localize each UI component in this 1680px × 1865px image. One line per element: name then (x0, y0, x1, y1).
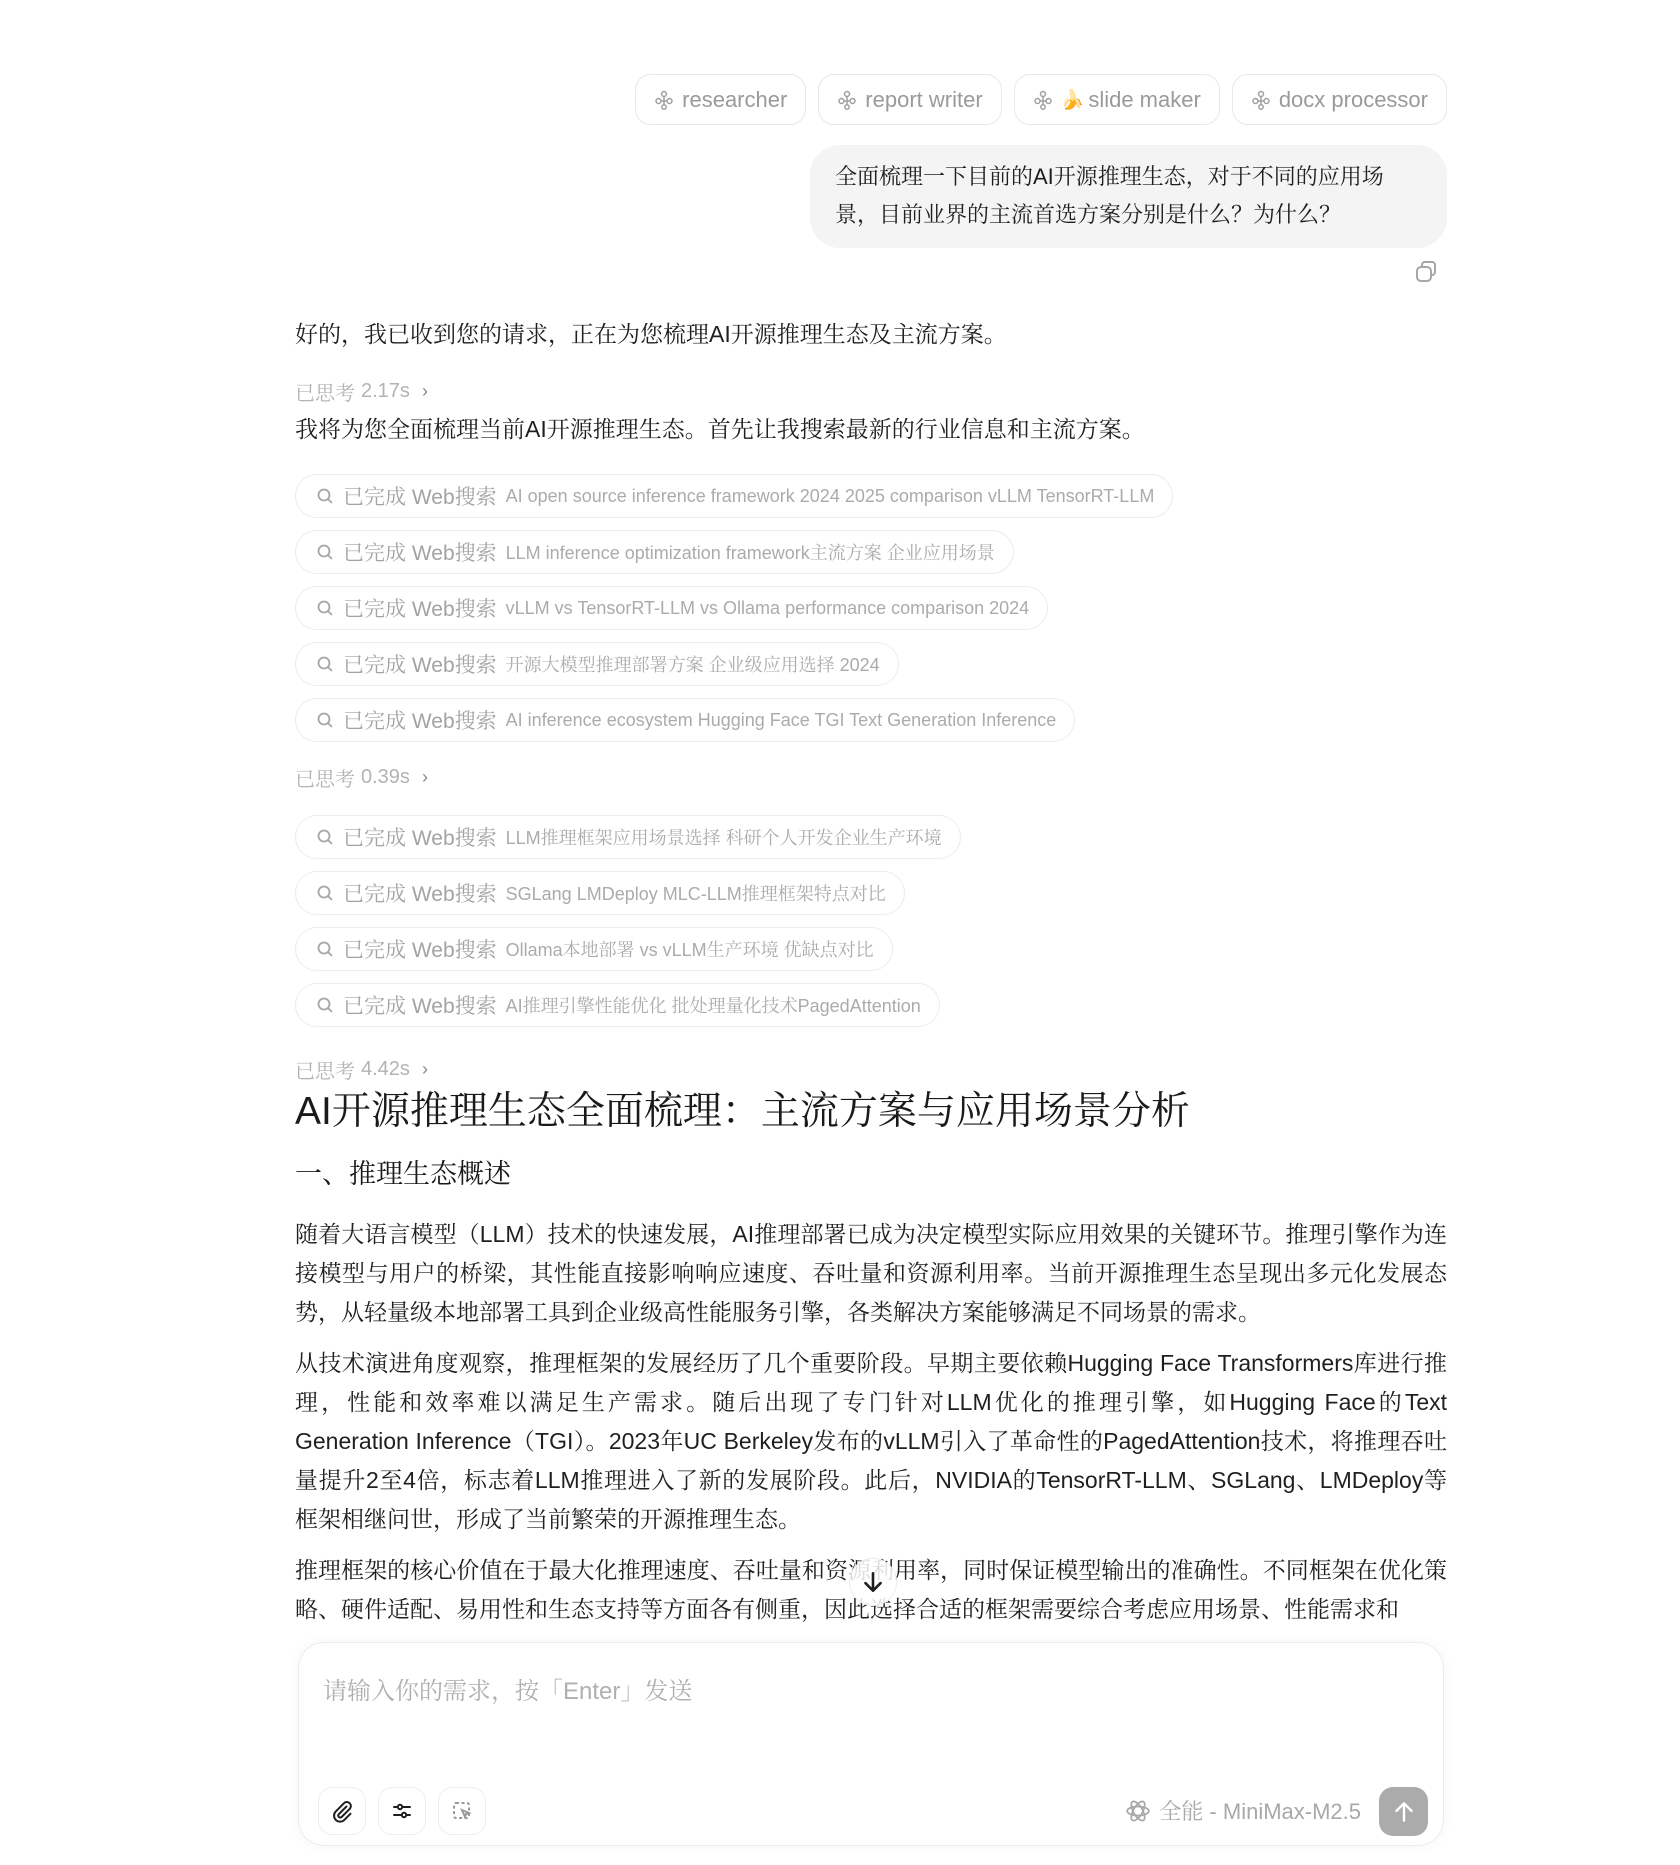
assistant-plan-text: 我将为您全面梳理当前AI开源推理生态。首先让我搜索最新的行业信息和主流方案。 (295, 412, 1145, 446)
composer-toolbar (318, 1787, 486, 1835)
search-icon (316, 940, 334, 958)
settings-button[interactable] (378, 1787, 426, 1835)
workflow-icon (837, 90, 857, 110)
thought-toggle-1[interactable]: 已思考 2.17s › (295, 377, 428, 406)
search-result-pill[interactable]: 已完成 Web搜索 AI inference ecosystem Hugging… (295, 698, 1075, 742)
search-list-2: 已完成 Web搜索 LLM推理框架应用场景选择 科研个人开发企业生产环境 已完成… (295, 815, 961, 1027)
search-result-pill[interactable]: 已完成 Web搜索 LLM inference optimization fra… (295, 530, 1014, 574)
search-result-pill[interactable]: 已完成 Web搜索 SGLang LMDeploy MLC-LLM推理框架特点对… (295, 871, 905, 915)
thought-label: 已思考 (295, 763, 355, 792)
model-label: 全能 - MiniMax-M2.5 (1159, 1795, 1361, 1826)
select-area-button[interactable] (438, 1787, 486, 1835)
thought-time: 2.17s (361, 380, 410, 403)
search-icon (316, 543, 334, 561)
banana-icon: 🍌 (1061, 88, 1085, 112)
search-status: 已完成 Web搜索 (343, 934, 497, 964)
arrow-up-icon (1391, 1799, 1417, 1825)
search-query: AI推理引擎性能优化 批处理量化技术PagedAttention (506, 992, 921, 1018)
report-paragraph: 随着大语言模型（LLM）技术的快速发展，AI推理部署已成为决定模型实际应用效果的… (295, 1215, 1447, 1332)
thought-time: 4.42s (361, 1058, 410, 1081)
paperclip-icon (330, 1799, 354, 1823)
attach-button[interactable] (318, 1787, 366, 1835)
report-title: AI开源推理生态全面梳理：主流方案与应用场景分析 (295, 1088, 1190, 1136)
thought-toggle-2[interactable]: 已思考 0.39s › (295, 763, 428, 792)
search-result-pill[interactable]: 已完成 Web搜索 AI open source inference frame… (295, 474, 1173, 518)
workflow-icon (1251, 90, 1271, 110)
search-status: 已完成 Web搜索 (343, 878, 497, 908)
search-status: 已完成 Web搜索 (343, 593, 497, 623)
copy-icon (1413, 258, 1441, 286)
atom-icon (1125, 1798, 1151, 1824)
search-result-pill[interactable]: 已完成 Web搜索 vLLM vs TensorRT-LLM vs Ollama… (295, 586, 1048, 630)
search-status: 已完成 Web搜索 (343, 990, 497, 1020)
search-list-1: 已完成 Web搜索 AI open source inference frame… (295, 474, 1173, 742)
agent-pill-researcher[interactable]: researcher (635, 74, 806, 125)
search-status: 已完成 Web搜索 (343, 705, 497, 735)
search-query: Ollama本地部署 vs vLLM生产环境 优缺点对比 (506, 936, 874, 962)
report-paragraph: 从技术演进角度观察，推理框架的发展经历了几个重要阶段。早期主要依赖Hugging… (295, 1344, 1447, 1539)
chevron-right-icon: › (422, 767, 428, 788)
search-icon (316, 828, 334, 846)
search-icon (316, 996, 334, 1014)
search-result-pill[interactable]: 已完成 Web搜索 Ollama本地部署 vs vLLM生产环境 优缺点对比 (295, 927, 893, 971)
search-query: SGLang LMDeploy MLC-LLM推理框架特点对比 (506, 880, 886, 906)
search-query: AI inference ecosystem Hugging Face TGI … (506, 710, 1057, 731)
search-result-pill[interactable]: 已完成 Web搜索 AI推理引擎性能优化 批处理量化技术PagedAttenti… (295, 983, 940, 1027)
chevron-right-icon: › (422, 1059, 428, 1080)
thought-label: 已思考 (295, 1055, 355, 1084)
message-input[interactable] (323, 1671, 1413, 1771)
agent-pill-label: docx processor (1279, 87, 1428, 113)
search-icon (316, 487, 334, 505)
workflow-icon (1033, 90, 1053, 110)
agent-pill-docx-processor[interactable]: docx processor (1232, 74, 1447, 125)
search-query: vLLM vs TensorRT-LLM vs Ollama performan… (506, 598, 1030, 619)
thought-time: 0.39s (361, 766, 410, 789)
agent-pill-report-writer[interactable]: report writer (818, 74, 1001, 125)
agent-pill-slide-maker[interactable]: 🍌 slide maker (1014, 74, 1220, 125)
selection-cursor-icon (450, 1799, 474, 1823)
send-button[interactable] (1379, 1787, 1428, 1836)
model-selector[interactable]: 全能 - MiniMax-M2.5 (1125, 1795, 1361, 1826)
composer: 全能 - MiniMax-M2.5 (298, 1642, 1444, 1846)
user-message-bubble: 全面梳理一下目前的AI开源推理生态，对于不同的应用场景，目前业界的主流首选方案分… (810, 145, 1447, 248)
search-status: 已完成 Web搜索 (343, 649, 497, 679)
search-icon (316, 599, 334, 617)
scroll-to-bottom-button[interactable] (849, 1558, 897, 1606)
search-icon (316, 884, 334, 902)
search-result-pill[interactable]: 已完成 Web搜索 开源大模型推理部署方案 企业级应用选择 2024 (295, 642, 899, 686)
section-heading: 一、推理生态概述 (295, 1154, 511, 1194)
search-result-pill[interactable]: 已完成 Web搜索 LLM推理框架应用场景选择 科研个人开发企业生产环境 (295, 815, 961, 859)
search-icon (316, 655, 334, 673)
search-icon (316, 711, 334, 729)
search-query: LLM推理框架应用场景选择 科研个人开发企业生产环境 (506, 824, 942, 850)
search-query: AI open source inference framework 2024 … (506, 486, 1155, 507)
search-status: 已完成 Web搜索 (343, 537, 497, 567)
agent-pill-row: researcher report writer 🍌 slide maker d… (635, 74, 1447, 125)
copy-message-button[interactable] (1413, 258, 1441, 286)
search-query: 开源大模型推理部署方案 企业级应用选择 2024 (506, 651, 880, 677)
search-status: 已完成 Web搜索 (343, 481, 497, 511)
agent-pill-label: researcher (682, 87, 787, 113)
assistant-intro-text: 好的，我已收到您的请求，正在为您梳理AI开源推理生态及主流方案。 (295, 317, 1007, 351)
arrow-down-icon (860, 1569, 886, 1595)
search-query: LLM inference optimization framework主流方案… (506, 539, 995, 565)
agent-pill-label: report writer (865, 87, 982, 113)
agent-pill-label: slide maker (1088, 87, 1200, 113)
chevron-right-icon: › (422, 381, 428, 402)
thought-label: 已思考 (295, 377, 355, 406)
sliders-icon (390, 1799, 414, 1823)
search-status: 已完成 Web搜索 (343, 822, 497, 852)
thought-toggle-3[interactable]: 已思考 4.42s › (295, 1055, 428, 1084)
workflow-icon (654, 90, 674, 110)
